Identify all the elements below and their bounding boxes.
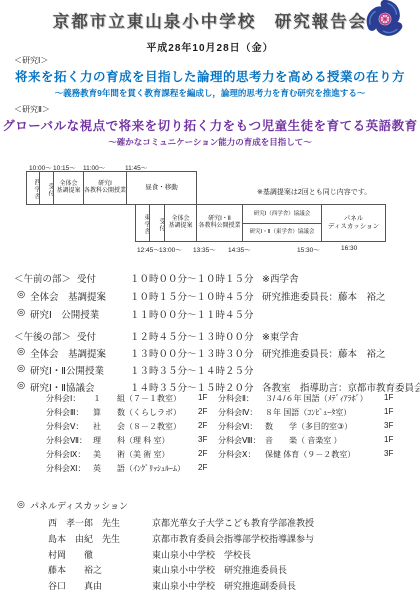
- bullet-icon: ◎: [14, 499, 30, 516]
- school-logo-icon: [364, 0, 406, 40]
- research2-title: グローバルな視点で将来を切り拓く力をもつ児童生徒を育てる英語教育: [0, 116, 420, 134]
- subcommittee-row: 分科会Ⅲ： 算 数（くらしラボ） 2F 分科会Ⅳ： ８年 国語（ｺﾝﾋﾟｭｰﾀ室…: [0, 407, 420, 421]
- subcommittee-label: 分科会Ⅸ：: [46, 449, 93, 463]
- schedule-item: 全体会 基調提案: [30, 346, 130, 360]
- person-name: 谷口 真由: [48, 579, 152, 594]
- schedule-note: 研究推進委員長：藤本 裕之: [262, 346, 410, 360]
- schedule-row: ◎ 全体会 基調提案 １３時００分～１３時３０分 研究推進委員長：藤本 裕之: [14, 346, 410, 363]
- schedule-row: ＜午前の部＞ 受付 １０時００分～１０時１５分 ※西学舎: [14, 271, 410, 289]
- schedule-note: 研究推進委員長：藤本 裕之: [262, 289, 410, 303]
- person-name: 村岡 徹: [48, 548, 152, 564]
- schedule-time: １２時４５分～１３時００分: [130, 329, 262, 343]
- cell-line: パネル: [344, 215, 364, 223]
- schedule-time: １３時３５分～１４時２５分: [130, 363, 262, 377]
- subcommittee-entry: 分科会Ⅱ： ３/４/６年 国語（ﾒﾃﾞｨｱﾗﾎﾞ） 1F: [218, 393, 404, 407]
- research-themes: ＜研究Ⅰ＞ 将来を拓く力の育成を目指した論理的思考力を高める授業の在り方 ～義務…: [0, 55, 420, 148]
- subcommittee-label: 分科会Ⅰ：: [46, 393, 93, 407]
- subcommittee-floor: 2F: [198, 449, 218, 463]
- bullet-icon: ◎: [14, 346, 30, 357]
- subcommittee-floor: 1F: [198, 393, 218, 407]
- subcommittee-entry: 分科会Ⅳ： ８年 国語（ｺﾝﾋﾟｭｰﾀ室） 1F: [218, 407, 404, 421]
- cell-line: 基調提案: [168, 223, 192, 231]
- subcommittee-entry: [218, 463, 404, 477]
- subcommittee-room: 美 術（美 術 室）: [93, 449, 198, 463]
- person-title: 東山泉小中学校 学校長: [152, 548, 410, 564]
- schedule-note: 各教室 指導助言：京都市教育委員会: [262, 380, 420, 394]
- subcommittee-entry: 分科会Ⅺ： 英 語（ｲﾝｸﾞﾘｯｼｭﾙｰﾑ） 2F: [46, 463, 218, 477]
- research1-label: ＜研究Ⅰ＞: [14, 55, 420, 66]
- schedule-item: 受付: [77, 329, 130, 343]
- subcommittee-row: 分科会Ⅰ： １ 組（７－１教室） 1F 分科会Ⅱ： ３/４/６年 国語（ﾒﾃﾞｨ…: [0, 393, 420, 407]
- panel-person-row: 島本 由紀 先生 京都市教育委員会指導部学校指導課参与: [48, 532, 410, 548]
- subcommittee-floor: 1F: [384, 435, 404, 449]
- schedule-row: ◎ 研究Ⅰ 公開授業 １１時００分～１１時４５分: [14, 307, 410, 325]
- subcommittee-floor: 2F: [198, 421, 218, 435]
- subcommittee-room: 保健 体育（９－２教室）: [265, 449, 384, 463]
- subcommittee-room: ３/４/６年 国語（ﾒﾃﾞｨｱﾗﾎﾞ）: [265, 393, 384, 407]
- subcommittee-floor: 2F: [198, 463, 218, 477]
- schedule-item: 受付: [77, 271, 130, 285]
- subcommittee-label: 分科会Ⅵ：: [218, 421, 265, 435]
- person-title: 東山泉小中学校 研究推進委員長: [152, 563, 410, 579]
- research2-label: ＜研究Ⅱ＞: [14, 104, 420, 115]
- cell-line: 全体会: [171, 216, 189, 224]
- east-site-cell: 東学舎: [135, 204, 150, 242]
- west-site-cell: 西学舎: [26, 171, 40, 205]
- schedule-note: ※西学舎: [262, 271, 410, 285]
- subcommittee-label: 分科会Ⅷ：: [218, 435, 265, 449]
- cell-line: 各教科公開授業: [84, 188, 126, 196]
- subcommittee-label: 分科会Ⅶ：: [46, 435, 93, 449]
- schedule-time: １０時００分～１０時１５分: [130, 271, 262, 285]
- schedule-time: １０時１５分～１０時４５分: [130, 289, 262, 303]
- subcommittee-label: 分科会Ⅺ：: [46, 463, 93, 477]
- morning-schedule: ＜午前の部＞ 受付 １０時００分～１０時１５分 ※西学舎 ◎ 全体会 基調提案 …: [14, 271, 410, 325]
- research1-block: ＜研究Ⅰ＞ 将来を拓く力の育成を目指した論理的思考力を高める授業の在り方 ～義務…: [0, 55, 420, 99]
- subcommittee-room: [265, 463, 384, 477]
- panel-person-row: 谷口 真由 東山泉小中学校 研究推進副委員長: [48, 579, 410, 594]
- subcommittee-entry: 分科会Ⅵ： 数 学（多目的室③） 3F: [218, 421, 404, 435]
- lunch-move-cell: 昼食・移動: [126, 171, 197, 205]
- person-title: 京都光華女子大学こども教育学部准教授: [152, 516, 410, 532]
- research2-subtitle: ～確かなコミュニケーション能力の育成を目指して～: [0, 136, 420, 148]
- panel-discussion-cell: パネル ディスカッション: [321, 204, 386, 242]
- east-open-class-cell: 研究Ⅰ・Ⅱ 各教科公開授業: [196, 204, 243, 242]
- east-reception-cell: 受付: [149, 204, 165, 242]
- subcommittee-floor: 1F: [384, 407, 404, 421]
- schedule-item: 研究Ⅰ・Ⅱ協議会: [30, 380, 130, 394]
- subcommittee-room: １ 組（７－１教室）: [93, 393, 198, 407]
- research1-title: 将来を拓く力の育成を目指した論理的思考力を高める授業の在り方: [0, 67, 420, 85]
- afternoon-schedule: ＜午後の部＞ 受付 １２時４５分～１３時００分 ※東学舎 ◎ 全体会 基調提案 …: [14, 329, 410, 397]
- cell-line: 研究Ⅰ・Ⅱ: [208, 216, 231, 224]
- subcommittee-label: [218, 463, 265, 477]
- cell-line: 研究Ⅰ: [98, 181, 112, 189]
- subcommittee-room: ８年 国語（ｺﾝﾋﾟｭｰﾀ室）: [265, 407, 384, 421]
- subcommittee-floor: 3F: [384, 449, 404, 463]
- cell-line: 基調提案: [56, 188, 80, 196]
- subcommittee-label: 分科会Ⅱ：: [218, 393, 265, 407]
- council-west-cell: 研究Ⅰ（西学舎）協議会: [242, 204, 322, 224]
- bullet-icon: ◎: [14, 363, 30, 374]
- subcommittee-row: 分科会Ⅴ： 社 会（８－２教室） 2F 分科会Ⅵ： 数 学（多目的室③） 3F: [0, 421, 420, 435]
- east-plenary-cell: 全体会 基調提案: [164, 204, 197, 242]
- subcommittee-floor: 3F: [384, 421, 404, 435]
- research1-subtitle: ～義務教育9年間を貫く教育課程を編成し，論理的思考力を育む研究を推進する～: [0, 87, 420, 99]
- schedule-item: 研究Ⅰ 公開授業: [30, 307, 130, 321]
- person-title: 東山泉小中学校 研究推進副委員長: [152, 579, 410, 594]
- subcommittee-entry: 分科会Ⅹ： 保健 体育（９－２教室） 3F: [218, 449, 404, 463]
- subcommittee-list: 分科会Ⅰ： １ 組（７－１教室） 1F 分科会Ⅱ： ３/４/６年 国語（ﾒﾃﾞｨ…: [0, 393, 420, 477]
- section-heading: ＜午前の部＞: [14, 271, 77, 285]
- west-reception-cell: 受付: [39, 171, 54, 205]
- subcommittee-entry: 分科会Ⅷ： 音 楽（ 音楽室 ） 1F: [218, 435, 404, 449]
- bullet-icon: ◎: [14, 289, 30, 300]
- schedule-row: ◎ 全体会 基調提案 １０時１５分～１０時４５分 研究推進委員長：藤本 裕之: [14, 289, 410, 307]
- cell-line: 各教科公開授業: [198, 223, 240, 231]
- panel-person-row: 藤本 裕之 東山泉小中学校 研究推進委員長: [48, 563, 410, 579]
- person-name: 島本 由紀 先生: [48, 532, 152, 548]
- time-label: 14:35～: [228, 245, 251, 254]
- time-label: 16:30: [341, 245, 357, 252]
- subcommittee-floor: 2F: [198, 407, 218, 421]
- section-heading: ＜午後の部＞: [14, 329, 77, 343]
- schedule-row: ◎ 研究Ⅰ・Ⅱ公開授業 １３時３５分～１４時２５分: [14, 363, 410, 380]
- timetable: 10:00～ 10:15～ 11:00～ 11:45～ 西学舎 受付 全体会 基…: [0, 160, 420, 256]
- schedule-item: 研究Ⅰ・Ⅱ公開授業: [30, 363, 130, 377]
- schedule-time: １１時００分～１１時４５分: [130, 307, 262, 321]
- panel-heading-row: ◎ パネルディスカッション: [14, 499, 410, 516]
- subcommittee-entry: 分科会Ⅲ： 算 数（くらしラボ） 2F: [46, 407, 218, 421]
- subcommittee-entry: 分科会Ⅰ： １ 組（７－１教室） 1F: [46, 393, 218, 407]
- time-label: 15:30～: [297, 245, 320, 254]
- council-east-cell: 研究Ⅰ・Ⅱ（東学舎）協議会: [242, 223, 322, 242]
- subcommittee-room: 数 学（多目的室③）: [265, 421, 384, 435]
- subcommittee-floor: 1F: [384, 393, 404, 407]
- panel-person-row: 西 孝一郎 先生 京都光華女子大学こども教育学部准教授: [48, 516, 410, 532]
- time-label: 12:45～: [137, 245, 160, 254]
- subcommittee-floor: 3F: [198, 435, 218, 449]
- person-title: 京都市教育委員会指導部学校指導課参与: [152, 532, 410, 548]
- subcommittee-label: 分科会Ⅴ：: [46, 421, 93, 435]
- subcommittee-row: 分科会Ⅸ： 美 術（美 術 室） 2F 分科会Ⅹ： 保健 体育（９－２教室） 3…: [0, 449, 420, 463]
- subcommittee-label: 分科会Ⅲ：: [46, 407, 93, 421]
- west-plenary-cell: 全体会 基調提案: [53, 171, 84, 205]
- subcommittee-row: 分科会Ⅺ： 英 語（ｲﾝｸﾞﾘｯｼｭﾙｰﾑ） 2F: [0, 463, 420, 477]
- event-date: 平成28年10月28日（金）: [0, 39, 420, 54]
- report-flyer-page: 京都市立東山泉小中学校 研究報告会 平成28年10月28日（金） ＜研究Ⅰ＞ 将…: [0, 0, 420, 594]
- time-label: 13:35～: [193, 245, 216, 254]
- cell-line: ディスカッション: [328, 223, 379, 231]
- subcommittee-room: 算 数（くらしラボ）: [93, 407, 198, 421]
- schedule-item: 全体会 基調提案: [30, 289, 130, 303]
- bullet-icon: ◎: [14, 307, 30, 318]
- research2-block: ＜研究Ⅱ＞ グローバルな視点で将来を切り拓く力をもつ児童生徒を育てる英語教育 ～…: [0, 104, 420, 148]
- subcommittee-entry: 分科会Ⅴ： 社 会（８－２教室） 2F: [46, 421, 218, 435]
- panel-heading: パネルディスカッション: [30, 499, 128, 516]
- person-name: 西 孝一郎 先生: [48, 516, 152, 532]
- schedule-time: １４時３５分～１５時２０分: [130, 380, 262, 394]
- subcommittee-room: 音 楽（ 音楽室 ）: [265, 435, 384, 449]
- page-title: 京都市立東山泉小中学校 研究報告会: [0, 8, 420, 32]
- panel-discussion-section: ◎ パネルディスカッション 西 孝一郎 先生 京都光華女子大学こども教育学部准教…: [14, 499, 410, 594]
- cell-line: 全体会: [59, 181, 77, 189]
- schedule-row: ＜午後の部＞ 受付 １２時４５分～１３時００分 ※東学舎: [14, 329, 410, 346]
- schedule-note: ※東学舎: [262, 329, 410, 343]
- subcommittee-entry: 分科会Ⅶ： 理 科（理 科 室） 3F: [46, 435, 218, 449]
- bullet-icon: ◎: [14, 380, 30, 391]
- time-label: 13:00～: [159, 245, 182, 254]
- schedule-time: １３時００分～１３時３０分: [130, 346, 262, 360]
- subcommittee-room: 社 会（８－２教室）: [93, 421, 198, 435]
- subcommittee-label: 分科会Ⅳ：: [218, 407, 265, 421]
- panel-person-row: 村岡 徹 東山泉小中学校 学校長: [48, 548, 410, 564]
- person-name: 藤本 裕之: [48, 563, 152, 579]
- header: 京都市立東山泉小中学校 研究報告会 平成28年10月28日（金）: [0, 8, 420, 54]
- subcommittee-room: 理 科（理 科 室）: [93, 435, 198, 449]
- subcommittee-row: 分科会Ⅶ： 理 科（理 科 室） 3F 分科会Ⅷ： 音 楽（ 音楽室 ） 1F: [0, 435, 420, 449]
- subcommittee-entry: 分科会Ⅸ： 美 術（美 術 室） 2F: [46, 449, 218, 463]
- timetable-note: ※基調提案は2回とも同じ内容です。: [257, 187, 371, 197]
- west-open-class-cell: 研究Ⅰ 各教科公開授業: [83, 171, 127, 205]
- subcommittee-floor: [384, 463, 404, 477]
- subcommittee-label: 分科会Ⅹ：: [218, 449, 265, 463]
- subcommittee-room: 英 語（ｲﾝｸﾞﾘｯｼｭﾙｰﾑ）: [93, 463, 198, 477]
